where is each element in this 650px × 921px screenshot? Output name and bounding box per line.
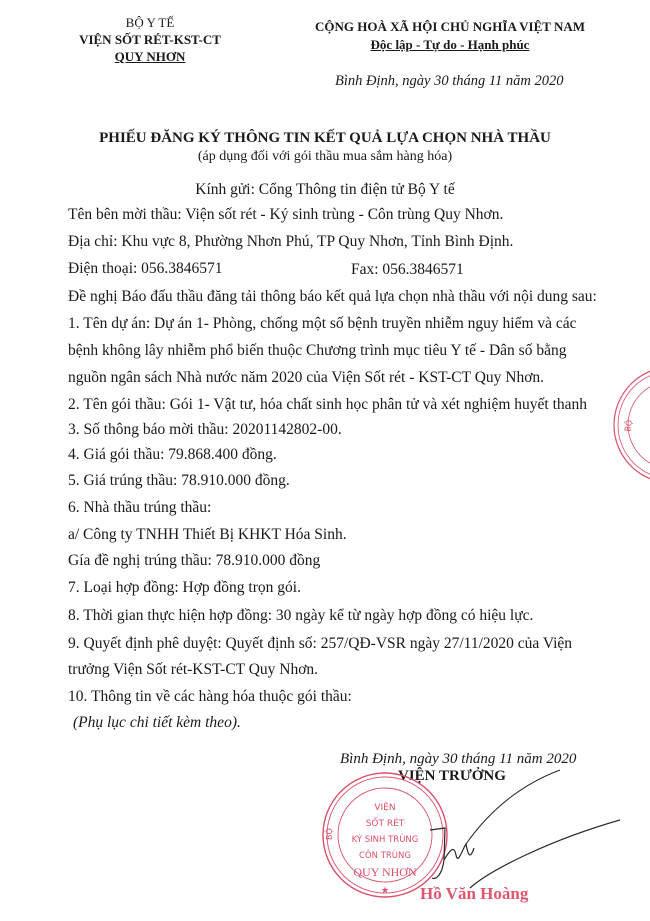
item-4: 4. Giá gói thầu: 79.868.400 đồng. [68,446,277,464]
item-6-price: Gía đề nghị trúng thầu: 78.910.000 đồng [68,552,320,570]
svg-text:BỘ: BỘ [323,828,334,840]
fax-line: Fax: 056.3846571 [351,261,464,279]
item-8: 8. Thời gian thực hiện hợp đồng: 30 ngày… [68,607,533,625]
item-3: 3. Số thông báo mời thầu: 20201142802-00… [68,421,342,439]
inviter-line: Tên bên mời thầu: Viện sốt rét - Ký sinh… [68,206,503,224]
item-9-line-1: 9. Quyết định phê duyệt: Quyết định số: … [68,635,572,653]
item-9-line-2: trưởng Viện Sốt rét-KST-CT Quy Nhơn. [68,661,318,679]
partial-stamp-icon: BỘ [610,370,650,480]
item-2: 2. Tên gói thầu: Gói 1- Vật tư, hóa chất… [68,396,587,414]
item-7: 7. Loại hợp đồng: Hợp đồng trọn gói. [68,579,301,597]
svg-text:BỘ: BỘ [621,419,634,433]
institute-city: QUY NHƠN [40,48,260,65]
item-10: 10. Thông tin về các hàng hóa thuộc gói … [68,688,352,706]
item-5: 5. Giá trúng thầu: 78.910.000 đồng. [68,472,290,490]
item-1-line-3: nguồn ngân sách Nhà nước năm 2020 của Vi… [68,369,544,387]
nation-title: CỘNG HOÀ XÃ HỘI CHỦ NGHĨA VIỆT NAM [280,18,620,36]
appendix-note: (Phụ lục chi tiết kèm theo). [73,714,241,732]
item-1-line-1: 1. Tên dự án: Dự án 1- Phòng, chống một … [68,315,577,333]
address-line: Địa chỉ: Khu vực 8, Phường Nhơn Phú, TP … [68,233,513,251]
national-heading: CỘNG HOÀ XÃ HỘI CHỦ NGHĨA VIỆT NAM Độc l… [280,18,620,54]
greeting: Kính gửi: Cổng Thông tin điện tử Bộ Y tế [0,181,650,199]
document-subtitle: (áp dụng đối với gói thầu mua sắm hàng h… [0,149,650,165]
ministry-name: BỘ Y TẾ [40,14,260,31]
signer-name: Hồ Văn Hoàng [420,884,528,904]
item-6a-winner: a/ Công ty TNHH Thiết Bị KHKT Hóa Sinh. [68,526,347,544]
institute-name: VIỆN SỐT RÉT-KST-CT [40,31,260,48]
phone-line: Điện thoại: 056.3846571 [68,260,223,278]
issuer-block: BỘ Y TẾ VIỆN SỐT RÉT-KST-CT QUY NHƠN [40,14,260,65]
national-motto: Độc lập - Tự do - Hạnh phúc [371,37,530,52]
request-line: Đề nghị Báo đấu thầu đăng tải thông báo … [68,288,597,306]
document-date: Bình Định, ngày 30 tháng 11 năm 2020 [335,73,564,90]
item-1-line-2: bệnh không lây nhiễm phổ biến thuộc Chươ… [68,342,566,360]
item-6: 6. Nhà thầu trúng thầu: [68,499,211,517]
handwritten-signature-icon [370,760,620,900]
document-title: PHIẾU ĐĂNG KÝ THÔNG TIN KẾT QUẢ LỰA CHỌN… [0,130,650,147]
